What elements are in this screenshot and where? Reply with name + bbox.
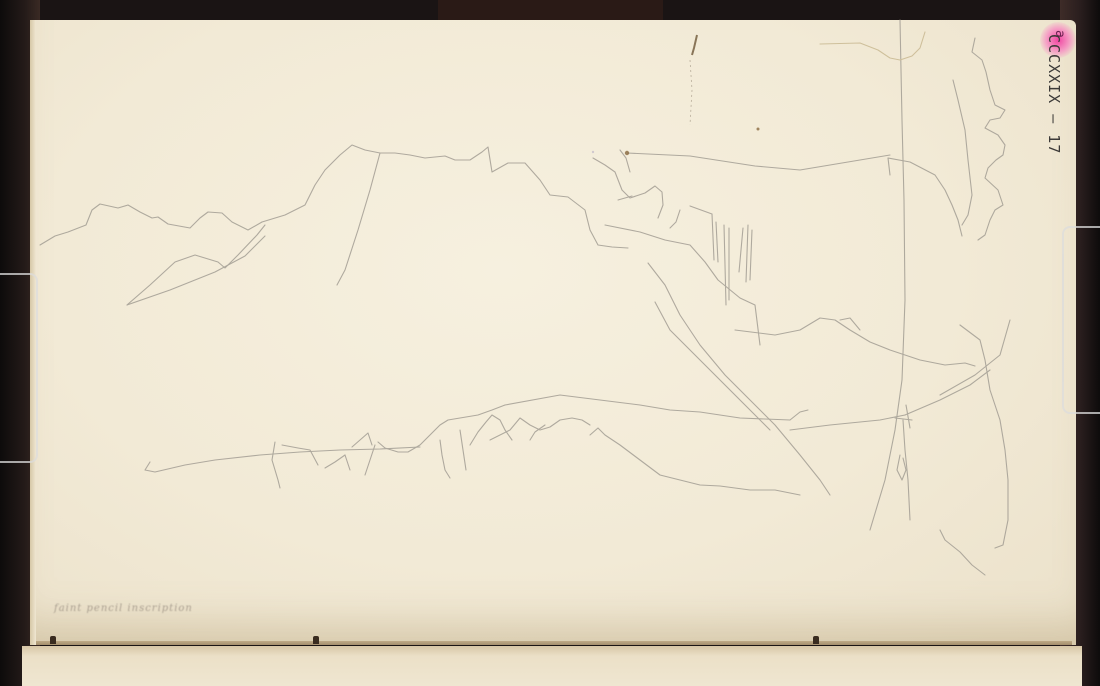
pencil-sketch — [0, 0, 1100, 686]
right-page-clip — [1062, 226, 1100, 414]
left-page-clip — [0, 273, 38, 463]
catalogue-number: CCCXXIX — 17 — [1034, 34, 1074, 234]
catalogue-number-text: CCCXXIX — 17 — [1045, 34, 1063, 154]
pencil-inscription: faint pencil inscription — [54, 603, 244, 619]
